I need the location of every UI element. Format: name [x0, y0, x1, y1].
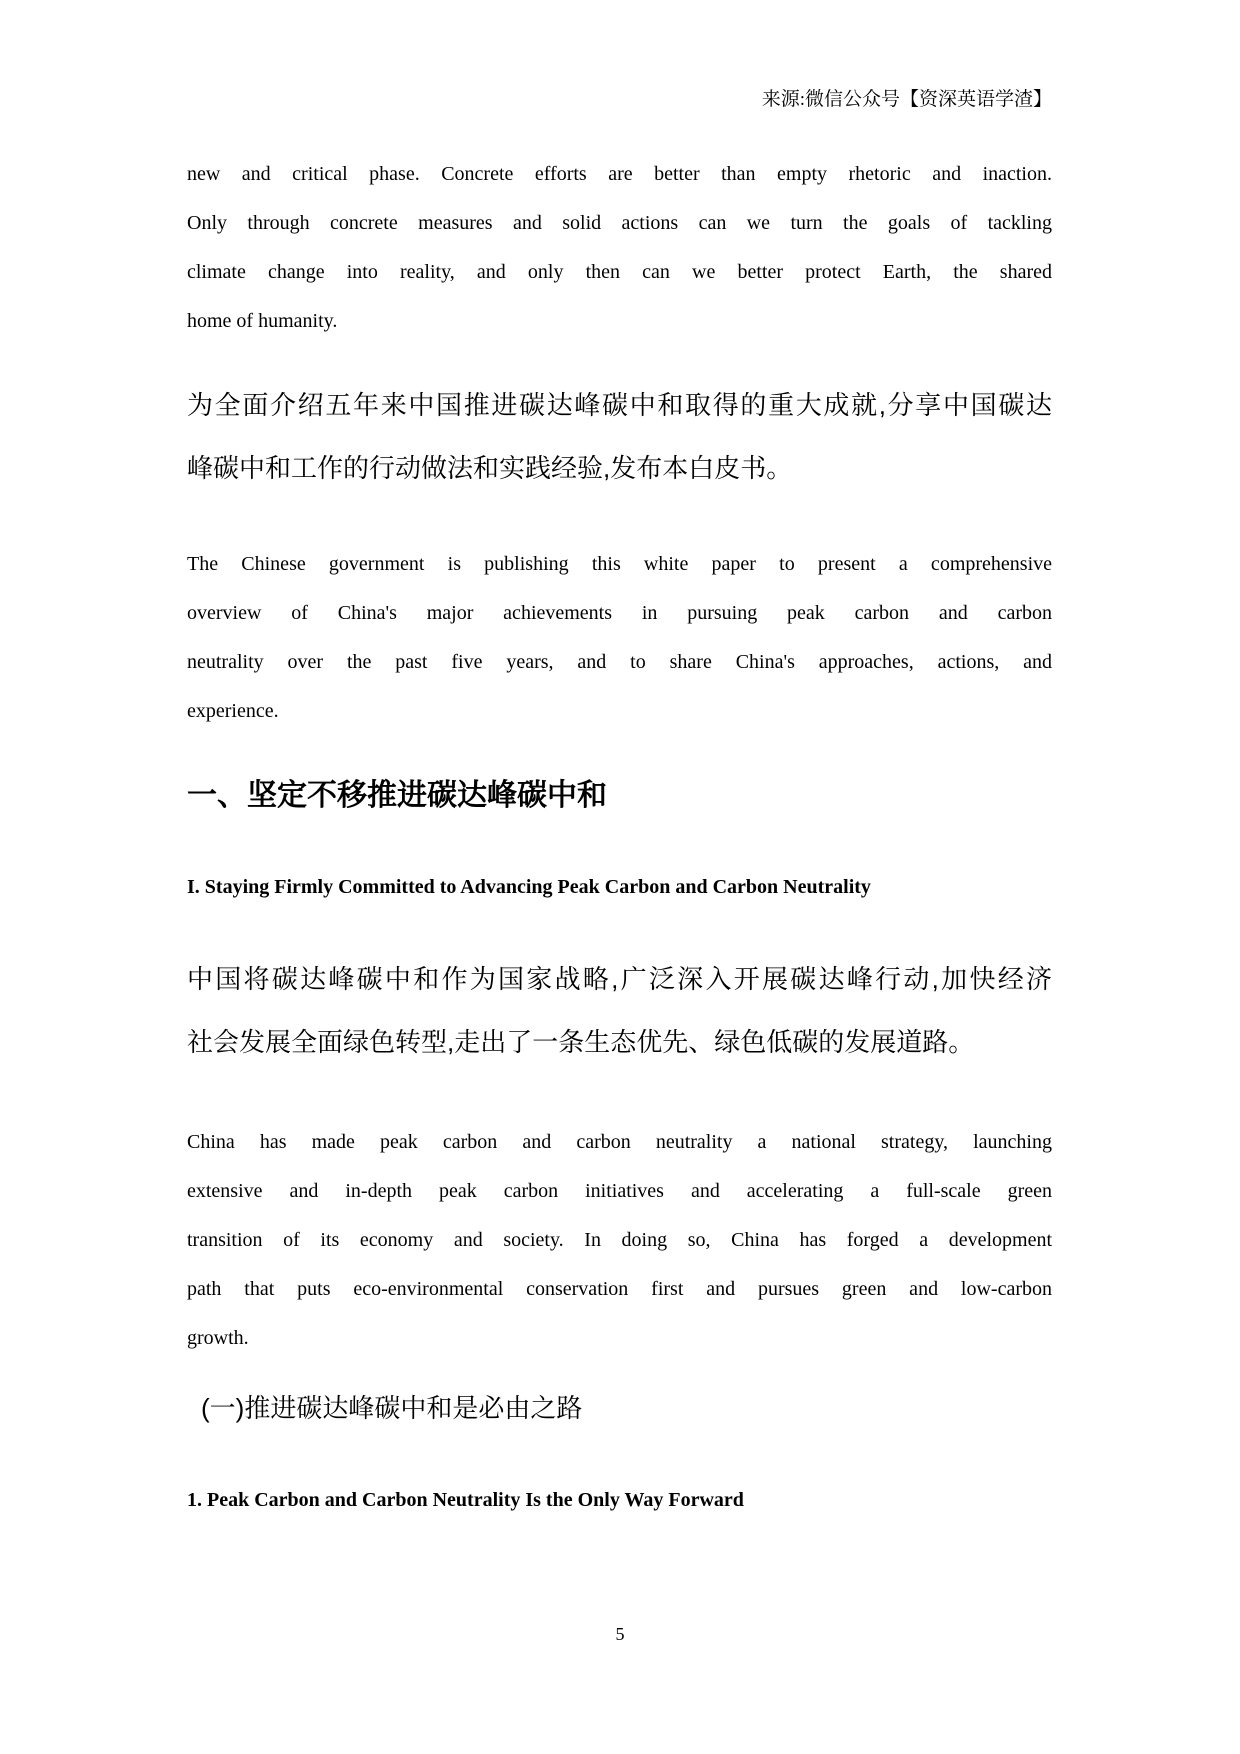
- paragraph-en-3: China has made peak carbon and carbon ne…: [187, 1118, 1052, 1363]
- document-body: new and critical phase. Concrete efforts…: [187, 150, 1052, 1515]
- section-heading-zh: 一、坚定不移推进碳达峰碳中和: [187, 774, 1052, 818]
- paragraph-zh-1: 为全面介绍五年来中国推进碳达峰碳中和取得的重大成就,分享中国碳达峰碳中和工作的行…: [187, 374, 1052, 500]
- text-line: The Chinese government is publishing thi…: [187, 540, 1052, 589]
- text-line: path that puts eco-environmental conserv…: [187, 1265, 1052, 1314]
- page-number: 5: [0, 1622, 1240, 1646]
- text-line: new and critical phase. Concrete efforts…: [187, 150, 1052, 199]
- text-line: China has made peak carbon and carbon ne…: [187, 1118, 1052, 1167]
- paragraph-en-1: new and critical phase. Concrete efforts…: [187, 150, 1052, 346]
- text-line: experience.: [187, 687, 1052, 736]
- section-heading-en: I. Staying Firmly Committed to Advancing…: [187, 872, 1052, 902]
- text-line: growth.: [187, 1314, 1052, 1363]
- subsection-heading-en: 1. Peak Carbon and Carbon Neutrality Is …: [187, 1485, 1052, 1515]
- page-header-source: 来源:微信公众号【资深英语学渣】: [762, 88, 1052, 112]
- text-line: home of humanity.: [187, 297, 1052, 346]
- paragraph-en-2: The Chinese government is publishing thi…: [187, 540, 1052, 736]
- text-line: climate change into reality, and only th…: [187, 248, 1052, 297]
- text-line: overview of China's major achievements i…: [187, 589, 1052, 638]
- text-line: 社会发展全面绿色转型,走出了一条生态优先、绿色低碳的发展道路。: [187, 1011, 1052, 1074]
- text-line: extensive and in-depth peak carbon initi…: [187, 1167, 1052, 1216]
- paragraph-zh-2: 中国将碳达峰碳中和作为国家战略,广泛深入开展碳达峰行动,加快经济社会发展全面绿色…: [187, 948, 1052, 1074]
- text-line: 中国将碳达峰碳中和作为国家战略,广泛深入开展碳达峰行动,加快经济: [187, 948, 1052, 1011]
- text-line: 为全面介绍五年来中国推进碳达峰碳中和取得的重大成就,分享中国碳达: [187, 374, 1052, 437]
- subsection-heading-zh: (一)推进碳达峰碳中和是必由之路: [187, 1387, 1052, 1429]
- text-line: neutrality over the past five years, and…: [187, 638, 1052, 687]
- text-line: 峰碳中和工作的行动做法和实践经验,发布本白皮书。: [187, 437, 1052, 500]
- text-line: Only through concrete measures and solid…: [187, 199, 1052, 248]
- document-page: 来源:微信公众号【资深英语学渣】 new and critical phase.…: [0, 0, 1240, 1754]
- text-line: transition of its economy and society. I…: [187, 1216, 1052, 1265]
